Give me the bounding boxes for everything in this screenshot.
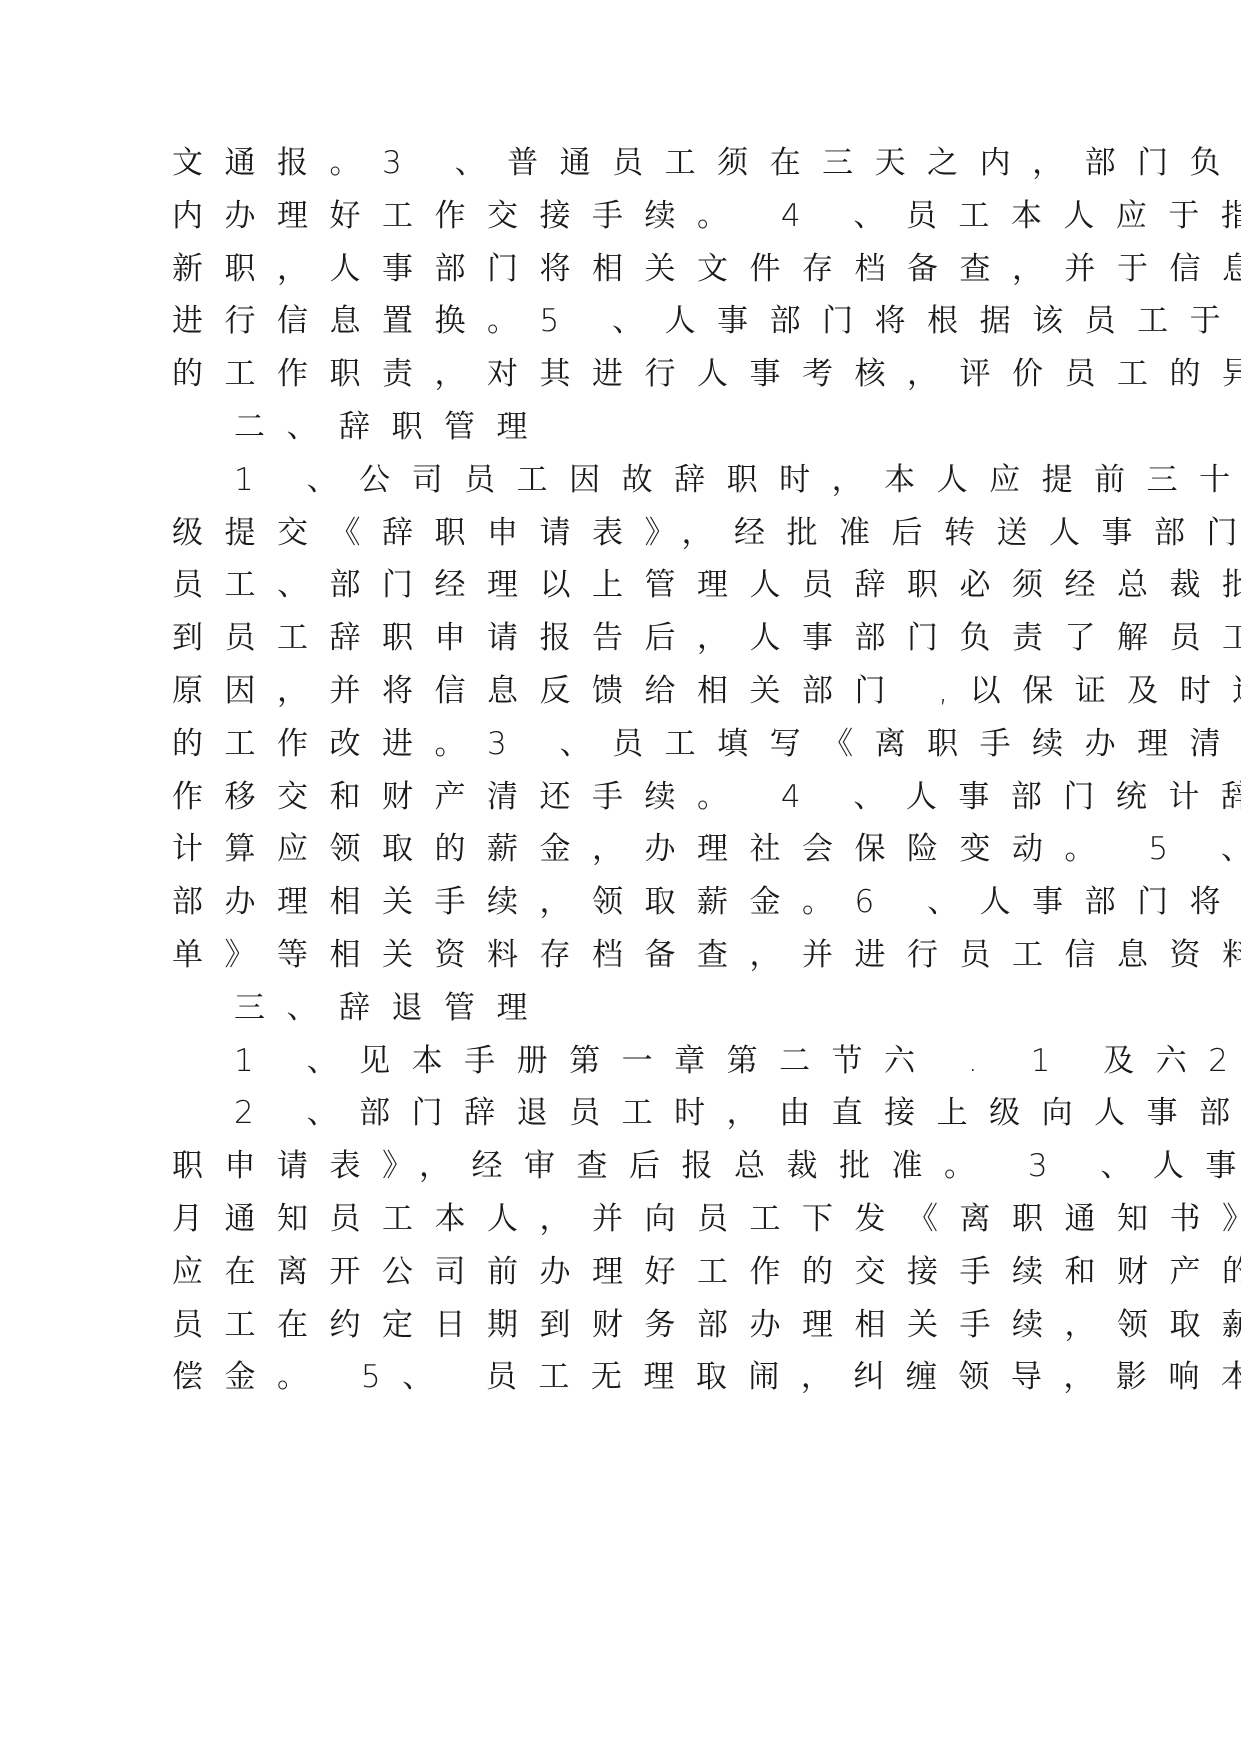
body-line: 职申请表》，经审查后报总裁批准。 3 、人事部门提前一个 [172, 1140, 1072, 1193]
body-line: 到员工辞职申请报告后，人事部门负责了解员工辞职的真实 [172, 612, 1072, 665]
body-line: 的工作改进。3 、员工填写《离职手续办理清单》，办理工 [172, 718, 1072, 771]
body-line: 1 、见本手册第一章第二节六 . 1 及六2 . [172, 1035, 1072, 1088]
body-line: 文通报。3 、普通员工须在三天之内，部门负责人在七天之 [172, 137, 1072, 190]
body-line: 进行信息置换。5 、人事部门将根据该员工于新工作岗位上 [172, 295, 1072, 348]
body-line: 的工作职责，对其进行人事考核，评价员工的异动结果。 [172, 348, 1072, 401]
document-page: 文通报。3 、普通员工须在三天之内，部门负责人在七天之 内办理好工作交接手续。 … [172, 137, 1072, 1404]
body-line: 2 、部门辞退员工时，由直接上级向人事部门提交《辞 [172, 1087, 1072, 1140]
body-line: 级提交《辞职申请表》，经批准后转送人事部门审核，高级 [172, 507, 1072, 560]
section-heading-resignation: 二、辞职管理 [172, 401, 1072, 454]
body-line: 新职，人事部门将相关文件存档备查，并于信息管理系统中 [172, 243, 1072, 296]
body-line: 员工在约定日期到财务部办理相关手续，领取薪金和离职补 [172, 1299, 1072, 1352]
body-line: 计算应领取的薪金，办理社会保险变动。 5 、员工到财务 [172, 823, 1072, 876]
body-line: 作移交和财产清还手续。 4 、人事部门统计辞职员工考勤， [172, 771, 1072, 824]
body-line: 1 、公司员工因故辞职时，本人应提前三十天向直接上 [172, 454, 1072, 507]
body-line: 原因，并将信息反馈给相关部门 ,以保证及时进行有针对性 [172, 665, 1072, 718]
body-line: 偿金。 5、 员工无理取闹，纠缠领导，影响本公司正常生 [172, 1351, 1072, 1404]
body-line: 员工、部门经理以上管理人员辞职必须经总裁批准。2 、收 [172, 559, 1072, 612]
body-line: 月通知员工本人，并向员工下发《离职通知书》。 4 、员工 [172, 1193, 1072, 1246]
body-line: 应在离开公司前办理好工作的交接手续和财产的清还手续； [172, 1246, 1072, 1299]
body-line: 单》等相关资料存档备查，并进行员工信息资料置换。 [172, 929, 1072, 982]
body-line: 内办理好工作交接手续。 4 、员工本人应于指定日期履任 [172, 190, 1072, 243]
body-line: 部办理相关手续，领取薪金。6 、人事部门将《离职手续清 [172, 876, 1072, 929]
section-heading-dismissal: 三、辞退管理 [172, 982, 1072, 1035]
